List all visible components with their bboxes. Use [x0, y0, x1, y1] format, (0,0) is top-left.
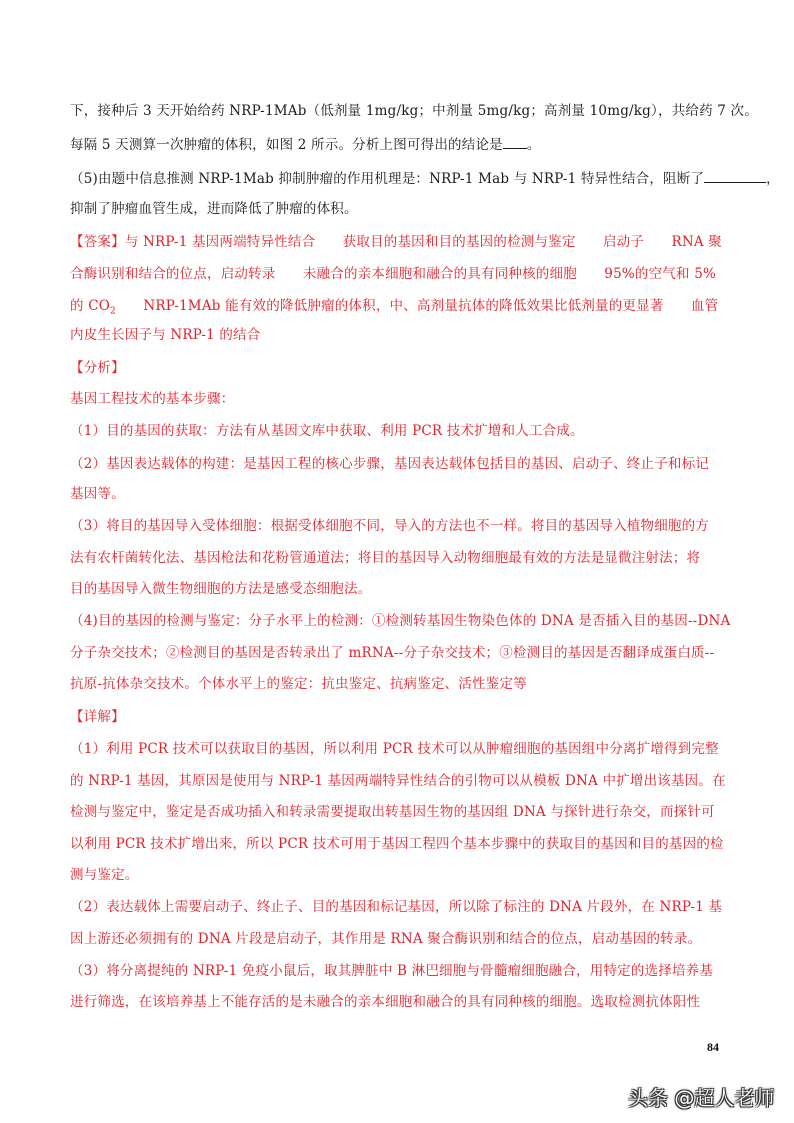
detail-line: 的 NRP-1 基因，其原因是使用与 NRP-1 基因两端特异性结合的引物可以从… — [70, 772, 726, 790]
detail-label: 【详解】 — [70, 708, 125, 726]
answer-blank — [503, 136, 527, 149]
question-line-2-text: 每隔 5 天测算一次肿瘤的体积，如图 2 所示。分析上图可得出的结论是 — [70, 137, 503, 153]
answer-blank — [704, 170, 766, 183]
answer-co2: 的 CO — [70, 298, 110, 314]
answer-label: 【答案】 — [70, 234, 125, 250]
page-number: 84 — [707, 1040, 719, 1055]
detail-line: 进行筛选，在该培养基上不能存活的是未融合的亲本细胞和融合的具有同种核的细胞。选取… — [70, 993, 700, 1011]
answer-line-4: 内皮生长因子与 NRP-1 的结合 — [70, 326, 260, 344]
question-line-3-text: （5)由题中信息推测 NRP-1Mab 抑制肿瘤的作用机理是：NRP-1 Mab… — [70, 171, 704, 187]
question-line-2: 每隔 5 天测算一次肿瘤的体积，如图 2 所示。分析上图可得出的结论是。 — [70, 136, 541, 154]
detail-line: 以利用 PCR 技术扩增出来，所以 PCR 技术可用于基因工程四个基本步骤中的获… — [70, 835, 724, 853]
answer-line-3: 的 CO2 NRP-1MAb 能有效的降低肿瘤的体积，中、高剂量抗体的降低效果比… — [70, 297, 718, 321]
question-line-4: 抑制了肿瘤血管生成，进而降低了肿瘤的体积。 — [70, 200, 358, 218]
detail-line: 测与鉴定。 — [70, 866, 139, 884]
analysis-line: （1）目的基因的获取：方法有从基因文库中获取、利用 PCR 技术扩增和人工合成。 — [70, 422, 584, 440]
question-line-1: 下，接种后 3 天开始给药 NRP-1MAb（低剂量 1mg/kg；中剂量 5m… — [70, 102, 758, 120]
detail-line: （2）表达载体上需要启动子、终止子、目的基因和标记基因，所以除了标注的 DNA … — [70, 898, 722, 916]
detail-line: （1）利用 PCR 技术可以获取目的基因，所以利用 PCR 技术可以从肿瘤细胞的… — [70, 740, 719, 758]
answer-line-1: 【答案】与 NRP-1 基因两端特异性结合 获取目的基因和目的基因的检测与鉴定 … — [70, 233, 722, 251]
detail-line: 检测与鉴定中，鉴定是否成功插入和转录需要提取出转基因生物的基因组 DNA 与探针… — [70, 803, 715, 821]
analysis-line: （4)目的基因的检测与鉴定：分子水平上的检测：①检测转基因生物染色体的 DNA … — [70, 612, 730, 630]
analysis-line: 法有农杆菌转化法、基因枪法和花粉管通道法；将目的基因导入动物细胞最有效的方法是显… — [70, 549, 700, 567]
question-line-3: （5)由题中信息推测 NRP-1Mab 抑制肿瘤的作用机理是：NRP-1 Mab… — [70, 170, 780, 188]
punct: 。 — [527, 137, 541, 153]
analysis-line: （2）基因表达载体的构建：是基因工程的核心步骤，基因表达载体包括目的基因、启动子… — [70, 455, 709, 473]
analysis-line: 分子杂交技术；②检测目的基因是否转录出了 mRNA--分子杂交技术；③检测目的基… — [70, 644, 714, 662]
detail-line: 因上游还必须拥有的 DNA 片段是启动子，其作用是 RNA 聚合酶识别和结合的位… — [70, 930, 701, 948]
answer-line-2: 合酶识别和结合的位点，启动转录 未融合的亲本细胞和融合的具有同种核的细胞 95%… — [70, 265, 716, 283]
analysis-label: 【分析】 — [70, 359, 125, 377]
watermark: 头条 @超人老师 — [628, 1082, 774, 1111]
analysis-line: 抗原-抗体杂交技术。个体水平上的鉴定：抗虫鉴定、抗病鉴定、活性鉴定等 — [70, 675, 527, 693]
detail-line: （3）将分离提纯的 NRP-1 免疫小鼠后，取其脾脏中 B 淋巴细胞与骨髓瘤细胞… — [70, 962, 713, 980]
punct: ， — [766, 171, 780, 187]
answer-text: NRP-1MAb 能有效的降低肿瘤的体积，中、高剂量抗体的降低效果比低剂量的更显… — [116, 298, 718, 314]
document-page: 下，接种后 3 天开始给药 NRP-1MAb（低剂量 1mg/kg；中剂量 5m… — [0, 0, 794, 1123]
analysis-line: 基因等。 — [70, 485, 125, 503]
analysis-line: （3）将目的基因导入受体细胞：根据受体细胞不同，导入的方法也不一样。将目的基因导… — [70, 517, 709, 535]
answer-text: 与 NRP-1 基因两端特异性结合 获取目的基因和目的基因的检测与鉴定 启动子 … — [125, 234, 722, 250]
analysis-line: 基因工程技术的基本步骤： — [70, 390, 234, 408]
analysis-line: 目的基因导入微生物细胞的方法是感受态细胞法。 — [70, 580, 371, 598]
